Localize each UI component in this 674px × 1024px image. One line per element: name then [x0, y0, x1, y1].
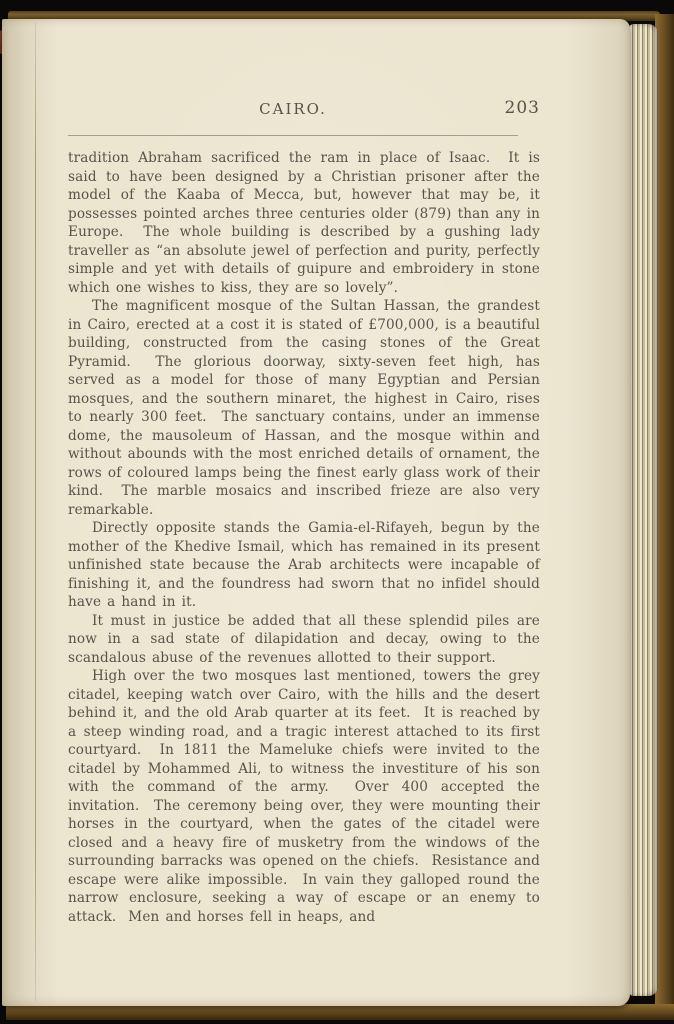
paragraph: High over the two mosques last mentioned…	[68, 667, 540, 926]
book-scene: CAIRO. 203 tradition Abraham sacrificed …	[0, 0, 674, 1024]
paragraph: The magnificent mosque of the Sultan Has…	[68, 297, 540, 519]
page-edges-stack	[628, 24, 658, 996]
book-page: CAIRO. 203 tradition Abraham sacrificed …	[2, 19, 630, 1006]
page-number: 203	[505, 98, 540, 118]
paragraph: Directly opposite stands the Gamia-el-Ri…	[68, 519, 540, 612]
body-text: tradition Abraham sacrificed the ram in …	[68, 149, 540, 926]
page-title: CAIRO.	[68, 100, 518, 118]
paragraph: It must in justice be added that all the…	[68, 612, 540, 668]
book-bottom-edge	[6, 1004, 674, 1020]
paragraph: tradition Abraham sacrificed the ram in …	[68, 149, 540, 297]
header-rule	[68, 135, 518, 136]
gutter-crease	[35, 23, 36, 1001]
page-content: CAIRO. 203 tradition Abraham sacrificed …	[68, 19, 540, 1006]
running-header: CAIRO. 203	[68, 100, 540, 120]
